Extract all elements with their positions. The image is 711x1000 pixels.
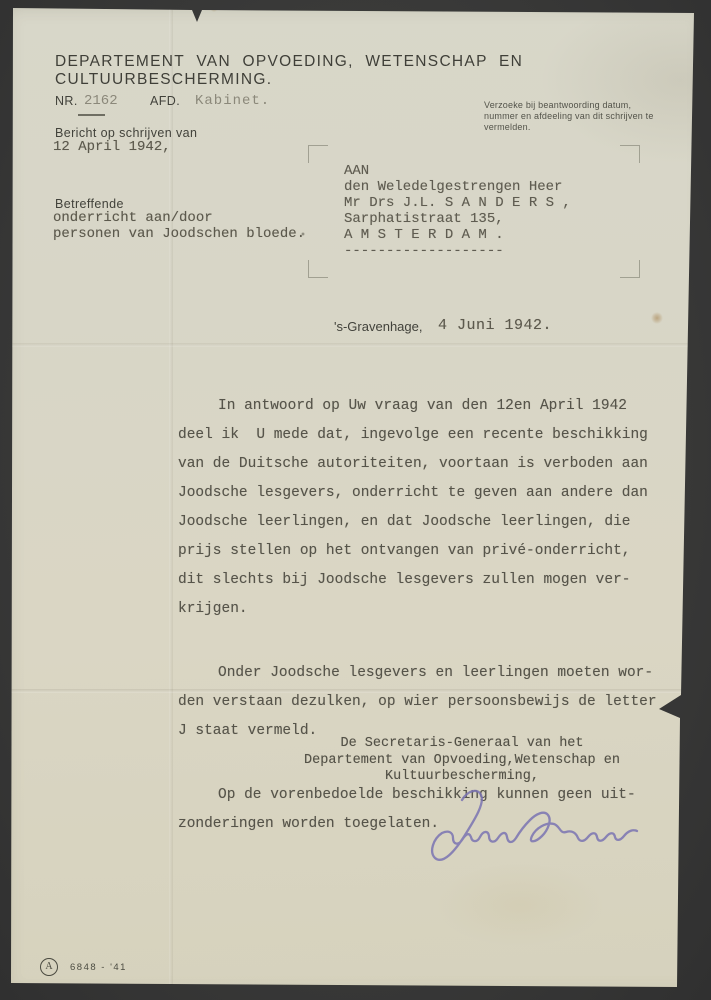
letter-paper: DEPARTEMENT VAN OPVOEDING, WETENSCHAP EN… [0, 0, 711, 1000]
paper-edge-shading [0, 0, 711, 1000]
scanned-document-view: DEPARTEMENT VAN OPVOEDING, WETENSCHAP EN… [0, 0, 711, 1000]
